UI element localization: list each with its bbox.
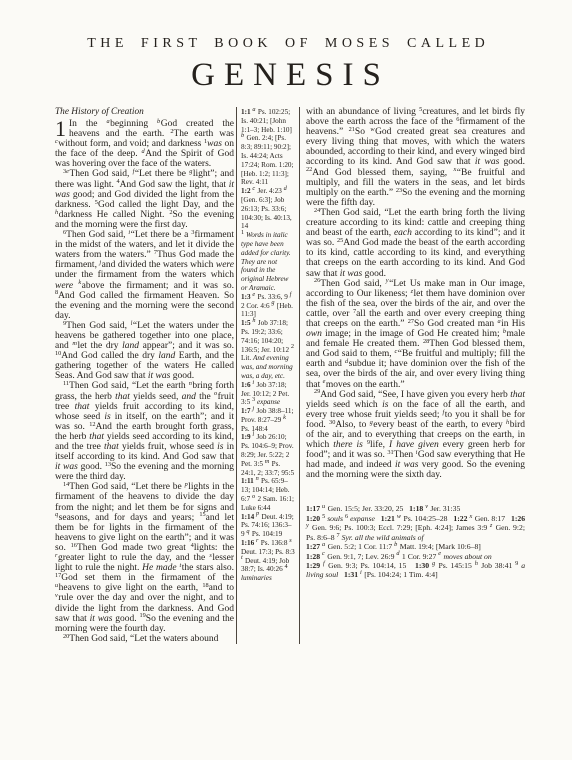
verse-paragraph: 26Then God said, y“Let Us make man in Ou… xyxy=(306,279,525,390)
bible-page: THE FIRST BOOK OF MOSES CALLED GENESIS T… xyxy=(0,0,572,760)
cross-reference-column: 1:1 a Ps. 102:25; Is. 40:21; [John 1:1–3… xyxy=(236,107,300,644)
verse-paragraph: 6Then God said, i“Let there be a 3firmam… xyxy=(55,230,234,321)
left-text-column: The History of Creation 1In the abeginni… xyxy=(55,107,236,644)
footnote-line: 1:17 u Gen. 15:5; Jer. 33:20, 25 1:18 v … xyxy=(306,504,525,513)
cross-reference-entry: 1:3 e Ps. 33:6, 9 f 2 Cor. 4:6 g [Heb. 1… xyxy=(241,293,295,319)
book-supertitle: THE FIRST BOOK OF MOSES CALLED xyxy=(0,36,572,52)
page-columns: The History of Creation 1In the abeginni… xyxy=(0,107,572,644)
verse-paragraph: 24Then God said, “Let the earth bring fo… xyxy=(306,208,525,279)
footnotes-block: 1:17 u Gen. 15:5; Jer. 33:20, 25 1:18 v … xyxy=(306,504,525,579)
footnote-line: 1:29 f Gen. 9:3; Ps. 104:14, 15 1:30 g P… xyxy=(306,561,525,580)
verse-paragraph: 11Then God said, “Let the earth nbring f… xyxy=(55,381,234,482)
footnote-line: 1:28 c Gen. 9:1, 7; Lev. 26:9 d 1 Cor. 9… xyxy=(306,552,525,561)
cross-reference-entry: 1:16 r Ps. 136:8 s Deut. 17:3; Ps. 8:3 t… xyxy=(241,539,295,583)
verse-paragraph: 9Then God said, l“Let the waters under t… xyxy=(55,321,234,382)
footnote-line: 1:27 a Gen. 5:2; 1 Cor. 11:7 b Matt. 19:… xyxy=(306,542,525,551)
opening-verse-text: In the abeginning bGod created the heave… xyxy=(55,119,234,169)
cross-reference-entry: 1:11 n Ps. 65:9–13; 104:14; Heb. 6:7 o 2… xyxy=(241,477,295,512)
cross-reference-entry: 1:14 p Deut. 4:19; Ps. 74:16; 136:3–9 q … xyxy=(241,513,295,539)
opening-paragraph: 1In the abeginning bGod created the heav… xyxy=(55,119,234,169)
cross-reference-entry: 1 Words in italic type have been added f… xyxy=(241,231,295,293)
cross-reference-entry: 1:1 a Ps. 102:25; Is. 40:21; [John 1:1–3… xyxy=(241,108,295,187)
book-title: GENESIS xyxy=(0,57,572,94)
left-paragraphs: 3eThen God said, f“Let there be glight”;… xyxy=(55,169,234,643)
verse-paragraph: 3eThen God said, f“Let there be glight”;… xyxy=(55,169,234,230)
cross-reference-entry: 1:2 c Jer. 4:23 d [Gen. 6:3]; Job 26:13;… xyxy=(241,187,295,231)
book-header: THE FIRST BOOK OF MOSES CALLED GENESIS xyxy=(0,36,572,94)
footnote-line: 1:20 5 souls 6 expanse 1:21 w Ps. 104:25… xyxy=(306,514,525,542)
right-paragraphs: with an abundance of living 5creatures, … xyxy=(306,107,525,480)
verse-paragraph: with an abundance of living 5creatures, … xyxy=(306,107,525,208)
right-text-column: with an abundance of living 5creatures, … xyxy=(300,107,525,644)
section-heading: The History of Creation xyxy=(55,107,234,118)
verse-paragraph: 14Then God said, “Let there be plights i… xyxy=(55,482,234,633)
cross-reference-entry: 1:5 h Job 37:18; Ps. 19:2; 33:6; 74:16; … xyxy=(241,319,295,381)
cross-reference-entry: 1:6 i Job 37:18; Jer. 10:12; 2 Pet. 3:5 … xyxy=(241,381,295,407)
verse-paragraph: 20Then God said, “Let the waters abound xyxy=(55,634,234,644)
cross-reference-entry: 1:7 j Job 38:8–11; Prov. 8:27–29 k Ps. 1… xyxy=(241,407,295,433)
chapter-number: 1 xyxy=(55,120,66,138)
verse-paragraph: 29And God said, “See, I have given you e… xyxy=(306,390,525,481)
cross-reference-entry: 1:9 l Job 26:10; Ps. 104:6–9; Prov. 8:29… xyxy=(241,433,295,477)
